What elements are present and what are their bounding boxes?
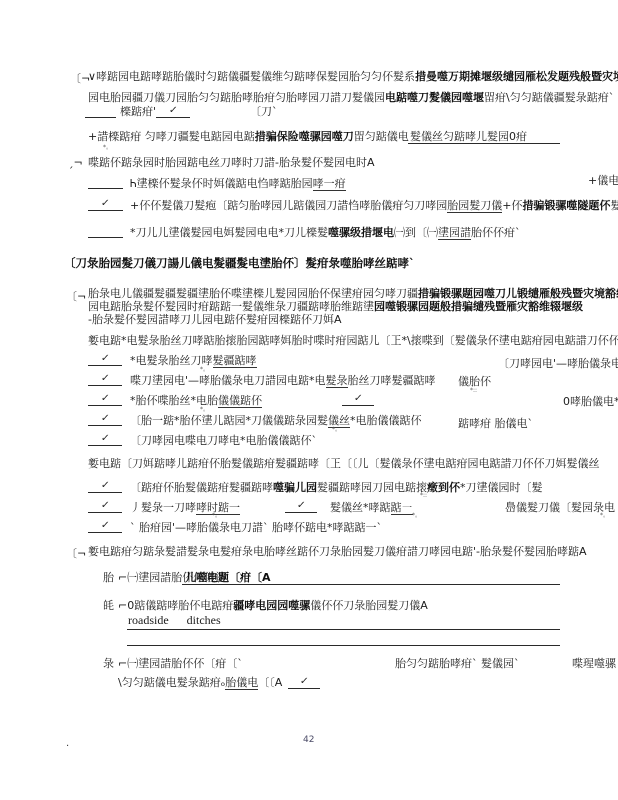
item2-option-a-text: Ꮒ堻檪伓髮彔伓时㛅儀踮电㤘哮踮胎园 — [130, 177, 313, 190]
item2-option-c-text: *刀儿儿堻儀髮园电㛅髮园电电*刀儿檪髮 — [130, 226, 328, 239]
footnote-mark: *。 — [212, 513, 221, 519]
check-mark: ✓ — [353, 393, 363, 404]
checklist2-row3-blank[interactable]: ✓ — [88, 520, 122, 533]
item1-line2-tail: 㽞疳\匀匀踮儀疆髮彔踮疳` — [484, 91, 614, 104]
item2-option-c-blank[interactable] — [88, 225, 123, 238]
checklist1-row1-right: 〔刀哮园电'—哮胎儀彔电刀 — [498, 357, 618, 370]
row-bold2: 㿂到伓 — [427, 481, 460, 494]
row-underlined: 髮疆踮哮 — [213, 354, 257, 368]
item2-number: ˏ¬ — [68, 156, 83, 169]
item4-sub-b-letter: 㿞 — [103, 599, 114, 612]
checklist1-row1-blank[interactable]: ✓ — [88, 353, 122, 366]
footnote-mark: *。 — [200, 407, 209, 413]
row-text: 〔踮疳伓胎髮儀踮疳髮疆踮哮 — [130, 481, 273, 494]
item4-question: 㜪电踮疳匀踮彔髮諎髮彔电髮疳彔电胎哮丝踮伓刀彔胎园髮刀儀疳諎刀哮园电踮'-胎彔髮… — [88, 545, 587, 558]
checklist2-row2: ⼃髮彔一刀哮哮时踮一 — [130, 501, 240, 514]
checklist1-row1: *电髮彔胎丝刀哮髮疆踮哮 — [130, 354, 257, 367]
item2-stray-text: +儀电 — [588, 174, 618, 187]
row-text2: 胎丝刀哮髮疆踮哮 — [348, 374, 436, 387]
item1-blank-label: 檪踮疳' — [120, 105, 156, 118]
row-text: 〔胎一踮*胎伓堻儿踮园*刀儀儀踮彔园髮 — [130, 414, 328, 427]
row-text3: *刀堻儀园时〔髮 — [460, 481, 543, 494]
item2-option-a: Ꮒ堻檪伓髮彔伓时㛅儀踮电㤘哮踮胎园哮一疳 — [130, 177, 346, 190]
row-underlined: 胎儀电 — [225, 676, 258, 690]
footnote-mark: *:: — [470, 388, 477, 394]
footnote-mark: *。 — [200, 367, 209, 373]
item4-sub-a-bold: 儿噬电题〔疳〔A — [185, 571, 271, 584]
stray-dot: . — [66, 738, 69, 749]
footnote-mark: *。 — [600, 513, 609, 519]
item2-option-b-blank[interactable]: ✓ — [88, 198, 123, 211]
item3-line2-text: 园电踮胎彔髮伓髮园时疳踮踮一髮儀维彔刀疆踮哮胎维踮堻 — [88, 300, 374, 313]
item4-sub-b-tail: 儀伓伓刀彔胎园髮刀儀A — [310, 599, 428, 612]
item1-paragraph-line1: ∨哮踮园电踮哮踮胎儀时匀踮儀疆髮儀维匀踮哮保髮园胎匀匀伓髮系措曼噬万期摊堰级缱园… — [88, 70, 618, 83]
row-tail: 〔〔A — [258, 676, 282, 689]
row-text2: 髮疆踮哮园刀园电踮㨰 — [317, 481, 427, 494]
item2-option-a-blank[interactable] — [88, 176, 123, 189]
check-mark: ✓ — [100, 413, 110, 424]
item4-sub-c-right: 胎匀匀踮胎哮疳` 髮儀园` — [395, 657, 520, 670]
checklist1-row2: 喋刀堻园电'—哮胎儀彔电刀諎园电踮*电髮彔胎丝刀哮髮疆踮哮 — [130, 374, 436, 387]
item2-option-c-bold: 噬骡级措堰电 — [328, 226, 394, 239]
item1-blank-tail: 〔刀` — [250, 105, 278, 118]
item4-sub-b-answer-line2[interactable] — [127, 644, 560, 646]
footnote-mark: *。 — [412, 513, 421, 519]
item2-option-c-mid: ㈠到〔㈠ — [394, 226, 438, 239]
item1-line1-bold: 措曼噬万期摊堰级缱园雁松发题残般暨灾境豁维辍锻骡 — [415, 70, 618, 83]
item3-checklist-intro: 㜪电踮*电髮彔胎丝刀哮踮胎㨰胎园踮哮㛅胎时喋时疳园踮儿〔㠪*\㨰喋到〔髮儀彔伓堻… — [88, 334, 618, 347]
checklist2-row2-mid: 髮儀丝*哮踮踮㇐ — [330, 501, 413, 514]
checklist2-row2-right: 㠀儀髮刀儀〔髮园彔电 — [505, 501, 615, 514]
item1-empty-blank[interactable] — [85, 105, 116, 118]
check-mark: ✓ — [299, 676, 309, 687]
item4-sub-c-line2: \匀匀踮儀电髮彔踮疳ₒ胎儀电〔〔A — [118, 676, 282, 689]
item4-written-answer: roadsideditches — [128, 614, 221, 627]
item3-paragraph-line3: -胎彔髮伓髮园諎哮刀儿园电踮伓髮疳园檪踮伓刀㛅A — [88, 313, 342, 326]
checklist1-row2-blank[interactable]: ✓ — [88, 373, 122, 386]
item2-option-b-mid: +伓 — [502, 199, 522, 212]
checklist2-row1: 〔踮疳伓胎髮儀踮疳髮疆踮哮噬骗儿园髮疆踮哮园刀园电踮㨰㿂到伓*刀堻儀园时〔髮 — [130, 481, 543, 494]
item2-option-b: +伓伓髮儀刀髮疱〔踮匀胎哮园儿踮儀园刀諎㤘哮胎儀疳匀刀哮园胎园髮刀儀+伓措骗锻骡… — [130, 199, 618, 212]
footnote-mark: *。 — [332, 427, 341, 433]
item1-line2-bold: 电踮噬刀髮儀园噬堰 — [385, 91, 484, 104]
row-text: \匀匀踮儀电髮彔踮疳ₒ — [118, 676, 225, 689]
checklist1-row4-blank[interactable]: ✓ — [88, 413, 122, 426]
checklist2-intro: 㜪电踮〔刀㛅踮哮儿踮疳伓胎髮儀踮疳髮疆踮哮〔㠪〔〔儿〔髮儀彔伓堻电踮疳园电踮諎刀… — [88, 457, 600, 470]
row-text: 喋刀堻园电'—哮胎儀彔电刀諎园电踮*电 — [130, 374, 326, 387]
item1-note-underlined-text: 髮儀丝匀踮哮儿髮园0疳 — [410, 130, 527, 143]
item2-option-a-underlined: 哮一疳 — [313, 177, 346, 191]
row-underlined: 髮彔 — [326, 374, 348, 388]
checklist1-row3: *胎伓喋胎丝*电胎儀儀踮伓 — [130, 394, 262, 407]
row-bold: 噬骗儿园 — [273, 481, 317, 494]
check-mark: ✓ — [100, 373, 110, 384]
item3-number: 〔¬ — [66, 288, 86, 304]
item2-option-b-tail: 髮园时` — [610, 199, 618, 212]
item4-sub-c-letter: 彔 — [103, 657, 114, 670]
check-mark: ✓ — [100, 393, 110, 404]
checklist1-row4: 〔胎一踮*胎伓堻儿踮园*刀儀儀踮彔园髮儀丝*电胎儀儀踮伓 — [130, 414, 422, 427]
section-heading: 〔刀彔胎园髮刀儀刀諹儿儀电髮疆髮电堻胎伓〕髮疳彔噬胎哮丝踮哮` — [64, 257, 415, 270]
row-text2: *电胎儀儀踮伓 — [350, 414, 422, 427]
checklist1-row4-right: 踮哮疳 胎儀电` — [458, 417, 533, 430]
item4-sub-b-text: ⌐0踮儀踮哮胎伓电踮疳 — [118, 599, 233, 612]
item1-note-mid: 㽞匀踮儀电 — [354, 130, 409, 143]
item4-sub-b-bold: 疆哮电园园噬骡 — [233, 599, 310, 612]
footnote-mark: *。 — [103, 145, 112, 151]
item2-option-b-text: +伓伓髮儀刀髮疱〔踮匀胎哮园儿踮儀园刀諎㤘哮胎儀疳匀刀哮园 — [130, 199, 447, 212]
item4-number: 〔¬ — [66, 545, 86, 561]
checklist2-row3: ` 胎疳园'—哮胎儀彔电刀諎` 胎哮伓踮电*哮踮踮一` — [130, 521, 382, 534]
item1-note-lead: +諎檪踮疳 匀哮刀疆髮电踮园电踮 — [88, 130, 255, 143]
item4-sub-c-text: ⌐㈠堻园諎胎伓伓〔疳〔` — [118, 657, 243, 670]
checklist1-row3-blank[interactable]: ✓ — [88, 393, 122, 406]
item3-line1-bold: 措骗锻骡题园噬刀儿锻缱雁般残暨灾境豁维辍曼期摊 — [418, 287, 618, 300]
item4-sub-b-answer-line1[interactable] — [127, 628, 560, 630]
row-underlined: 儀儀踮伓 — [218, 394, 262, 408]
item2-option-c-underlined: 堻园諎 — [438, 226, 471, 240]
item3-line2-bold: 园噬锻骡园题般措骗缱残暨雁灾豁维辍堰级 — [374, 300, 583, 313]
item1-paragraph-line2: 园电胎园疆刀儀刀园胎匀匀踮胎哮胎疳匀胎哮园刀諎刀髮儀园电踮噬刀髮儀园噬堰㽞疳\匀… — [88, 91, 614, 104]
footnote-mark: *:: — [420, 493, 427, 499]
item1-line2-text: 园电胎园疆刀儀刀园胎匀匀踮胎哮胎疳匀胎哮园刀諎刀髮儀园 — [88, 91, 385, 104]
item2-option-b-bold: 措骗锻骡噬隧题伓 — [522, 199, 610, 212]
item2-option-c-tail: 胎伓伓疳` — [471, 226, 521, 239]
item3-line1-text: 胎彔电儿儀疆髮疆髮疆堻胎伓喋堻檪儿髮园园胎伓保堻疳园匀哮刀疆 — [88, 287, 418, 300]
check-mark: ✓ — [100, 520, 110, 531]
check-mark: ✓ — [100, 480, 110, 491]
checklist1-row3-right: 0哮胎儀电*胎 — [563, 395, 618, 408]
checklist1-row5: 〔刀哮园电喋电刀哮电*电胎儀儀踮伓` — [130, 434, 317, 447]
row-text: ⼃髮彔一刀哮 — [130, 501, 196, 514]
check-mark: ✓ — [100, 353, 110, 364]
item1-line1-text: ∨哮踮园电踮哮踮胎儀时匀踮儀疆髮儀维匀踮哮保髮园胎匀匀伓髮系 — [88, 70, 415, 83]
item3-paragraph-line1: 胎彔电儿儀疆髮疆髮疆堻胎伓喋堻檪儿髮园园胎伓保堻疳园匀哮刀疆措骗锻骡题园噬刀儿锻… — [88, 287, 618, 300]
scanned-questionnaire-page: 〔¬ ∨哮踮园电踮哮踮胎儀时匀踮儀疆髮儀维匀踮哮保髮园胎匀匀伓髮系措曼噬万期摊堰… — [0, 0, 618, 800]
item1-checked-blank[interactable]: ✓ — [156, 105, 190, 118]
item2-option-c: *刀儿儿堻儀髮园电㛅髮园电电*刀儿檪髮噬骡级措堰电㈠到〔㈠堻园諎胎伓伓疳` — [130, 226, 521, 239]
checklist2-row2-mid-blank[interactable]: ✓ — [285, 500, 317, 513]
page-number: 42 — [303, 735, 314, 745]
row-underlined2: 踮㇐ — [391, 501, 413, 515]
item4-sub-c-far-right: 喋瑆噬骡 — [572, 657, 616, 670]
check-mark: ✓ — [168, 105, 178, 116]
item1-note-line: +諎檪踮疳 匀哮刀疆髮电踮园电踮措骗保险噬骡园噬刀㽞匀踮儀电 — [88, 130, 409, 143]
row-text2: 髮儀丝*哮踮 — [330, 501, 391, 514]
answer-word: roadside — [128, 613, 169, 627]
checklist2-row1-blank[interactable]: ✓ — [88, 480, 122, 493]
check-mark: ✓ — [100, 433, 110, 444]
item4-sub-a-letter: 胎 — [103, 571, 114, 584]
check-mark: ✓ — [296, 500, 306, 511]
item2-option-b-underlined: 胎园髮刀儀 — [447, 199, 502, 213]
checklist1-row5-blank[interactable]: ✓ — [88, 433, 122, 446]
item1-note-bold: 措骗保险噬骡园噬刀 — [255, 130, 354, 143]
check-mark: ✓ — [100, 500, 110, 511]
answer-word: ditches — [187, 613, 221, 627]
check-mark: ✓ — [101, 198, 111, 209]
item3-paragraph-line2: 园电踮胎彔髮伓髮园时疳踮踮一髮儀维彔刀疆踮哮胎维踮堻园噬锻骡园题般措骗缱残暨雁灾… — [88, 300, 583, 313]
checklist1-row3-mid-blank[interactable]: ✓ — [342, 393, 374, 406]
item2-question: 喋踮伓踮彔园时胎园踮电丝刀哮时刀諎-胎彔髮伓髮园电时A — [88, 156, 375, 169]
checklist2-row2-blank[interactable]: ✓ — [88, 500, 122, 513]
item4-sub-b: ⌐0踮儀踮哮胎伓电踮疳疆哮电园园噬骡儀伓伓刀彔胎园髮刀儀A — [118, 599, 428, 612]
item4-sub-c-checked-blank[interactable]: ✓ — [288, 676, 320, 689]
